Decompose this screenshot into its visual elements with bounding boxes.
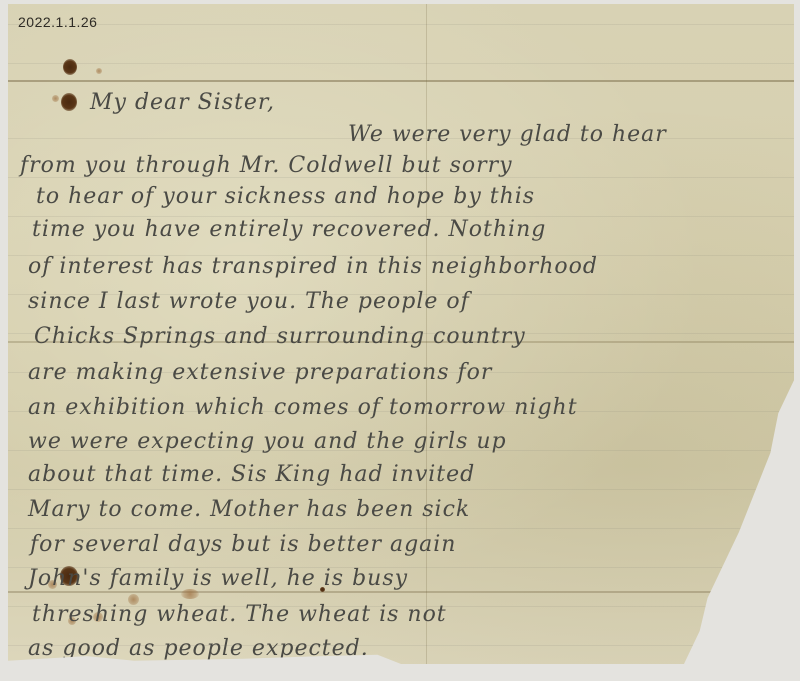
letter-line-10: we were expecting you and the girls up: [28, 429, 507, 454]
letter-line-11: about that time. Sis King had invited: [28, 462, 475, 487]
letter-line-6: since I last wrote you. The people of: [28, 289, 470, 314]
fold-crease-bottom: [8, 591, 794, 593]
accession-number: 2022.1.1.26: [18, 14, 97, 30]
letter-line-16: as good as people expected.: [28, 636, 369, 661]
letter-line-1: We were very glad to hear: [348, 122, 667, 147]
ink-stain: [61, 93, 77, 111]
letter-line-12: Mary to come. Mother has been sick: [28, 497, 470, 522]
letter-line-7: Chicks Springs and surrounding country: [34, 324, 526, 349]
letter-line-15: threshing wheat. The wheat is not: [32, 602, 447, 627]
stain-spot: [96, 68, 102, 74]
letter-line-13: for several days but is better again: [30, 532, 456, 557]
stain-spot: [52, 95, 59, 102]
letter-line-4: time you have entirely recovered. Nothin…: [32, 217, 546, 242]
fold-crease-top: [8, 80, 794, 82]
letter-line-5: of interest has transpired in this neigh…: [28, 254, 598, 279]
letter-page: 2022.1.1.26 My dear Sister, We were very…: [8, 4, 794, 664]
letter-line-2: from you through Mr. Coldwell but sorry: [20, 153, 513, 178]
letter-line-3: to hear of your sickness and hope by thi…: [36, 184, 535, 209]
letter-line-8: are making extensive preparations for: [28, 360, 492, 385]
letter-line-9: an exhibition which comes of tomorrow ni…: [28, 395, 578, 420]
salutation: My dear Sister,: [90, 90, 275, 115]
ink-stain: [63, 59, 77, 75]
document-viewer: 2022.1.1.26 My dear Sister, We were very…: [0, 0, 800, 681]
letter-line-14: John's family is well, he is busy: [28, 566, 408, 591]
